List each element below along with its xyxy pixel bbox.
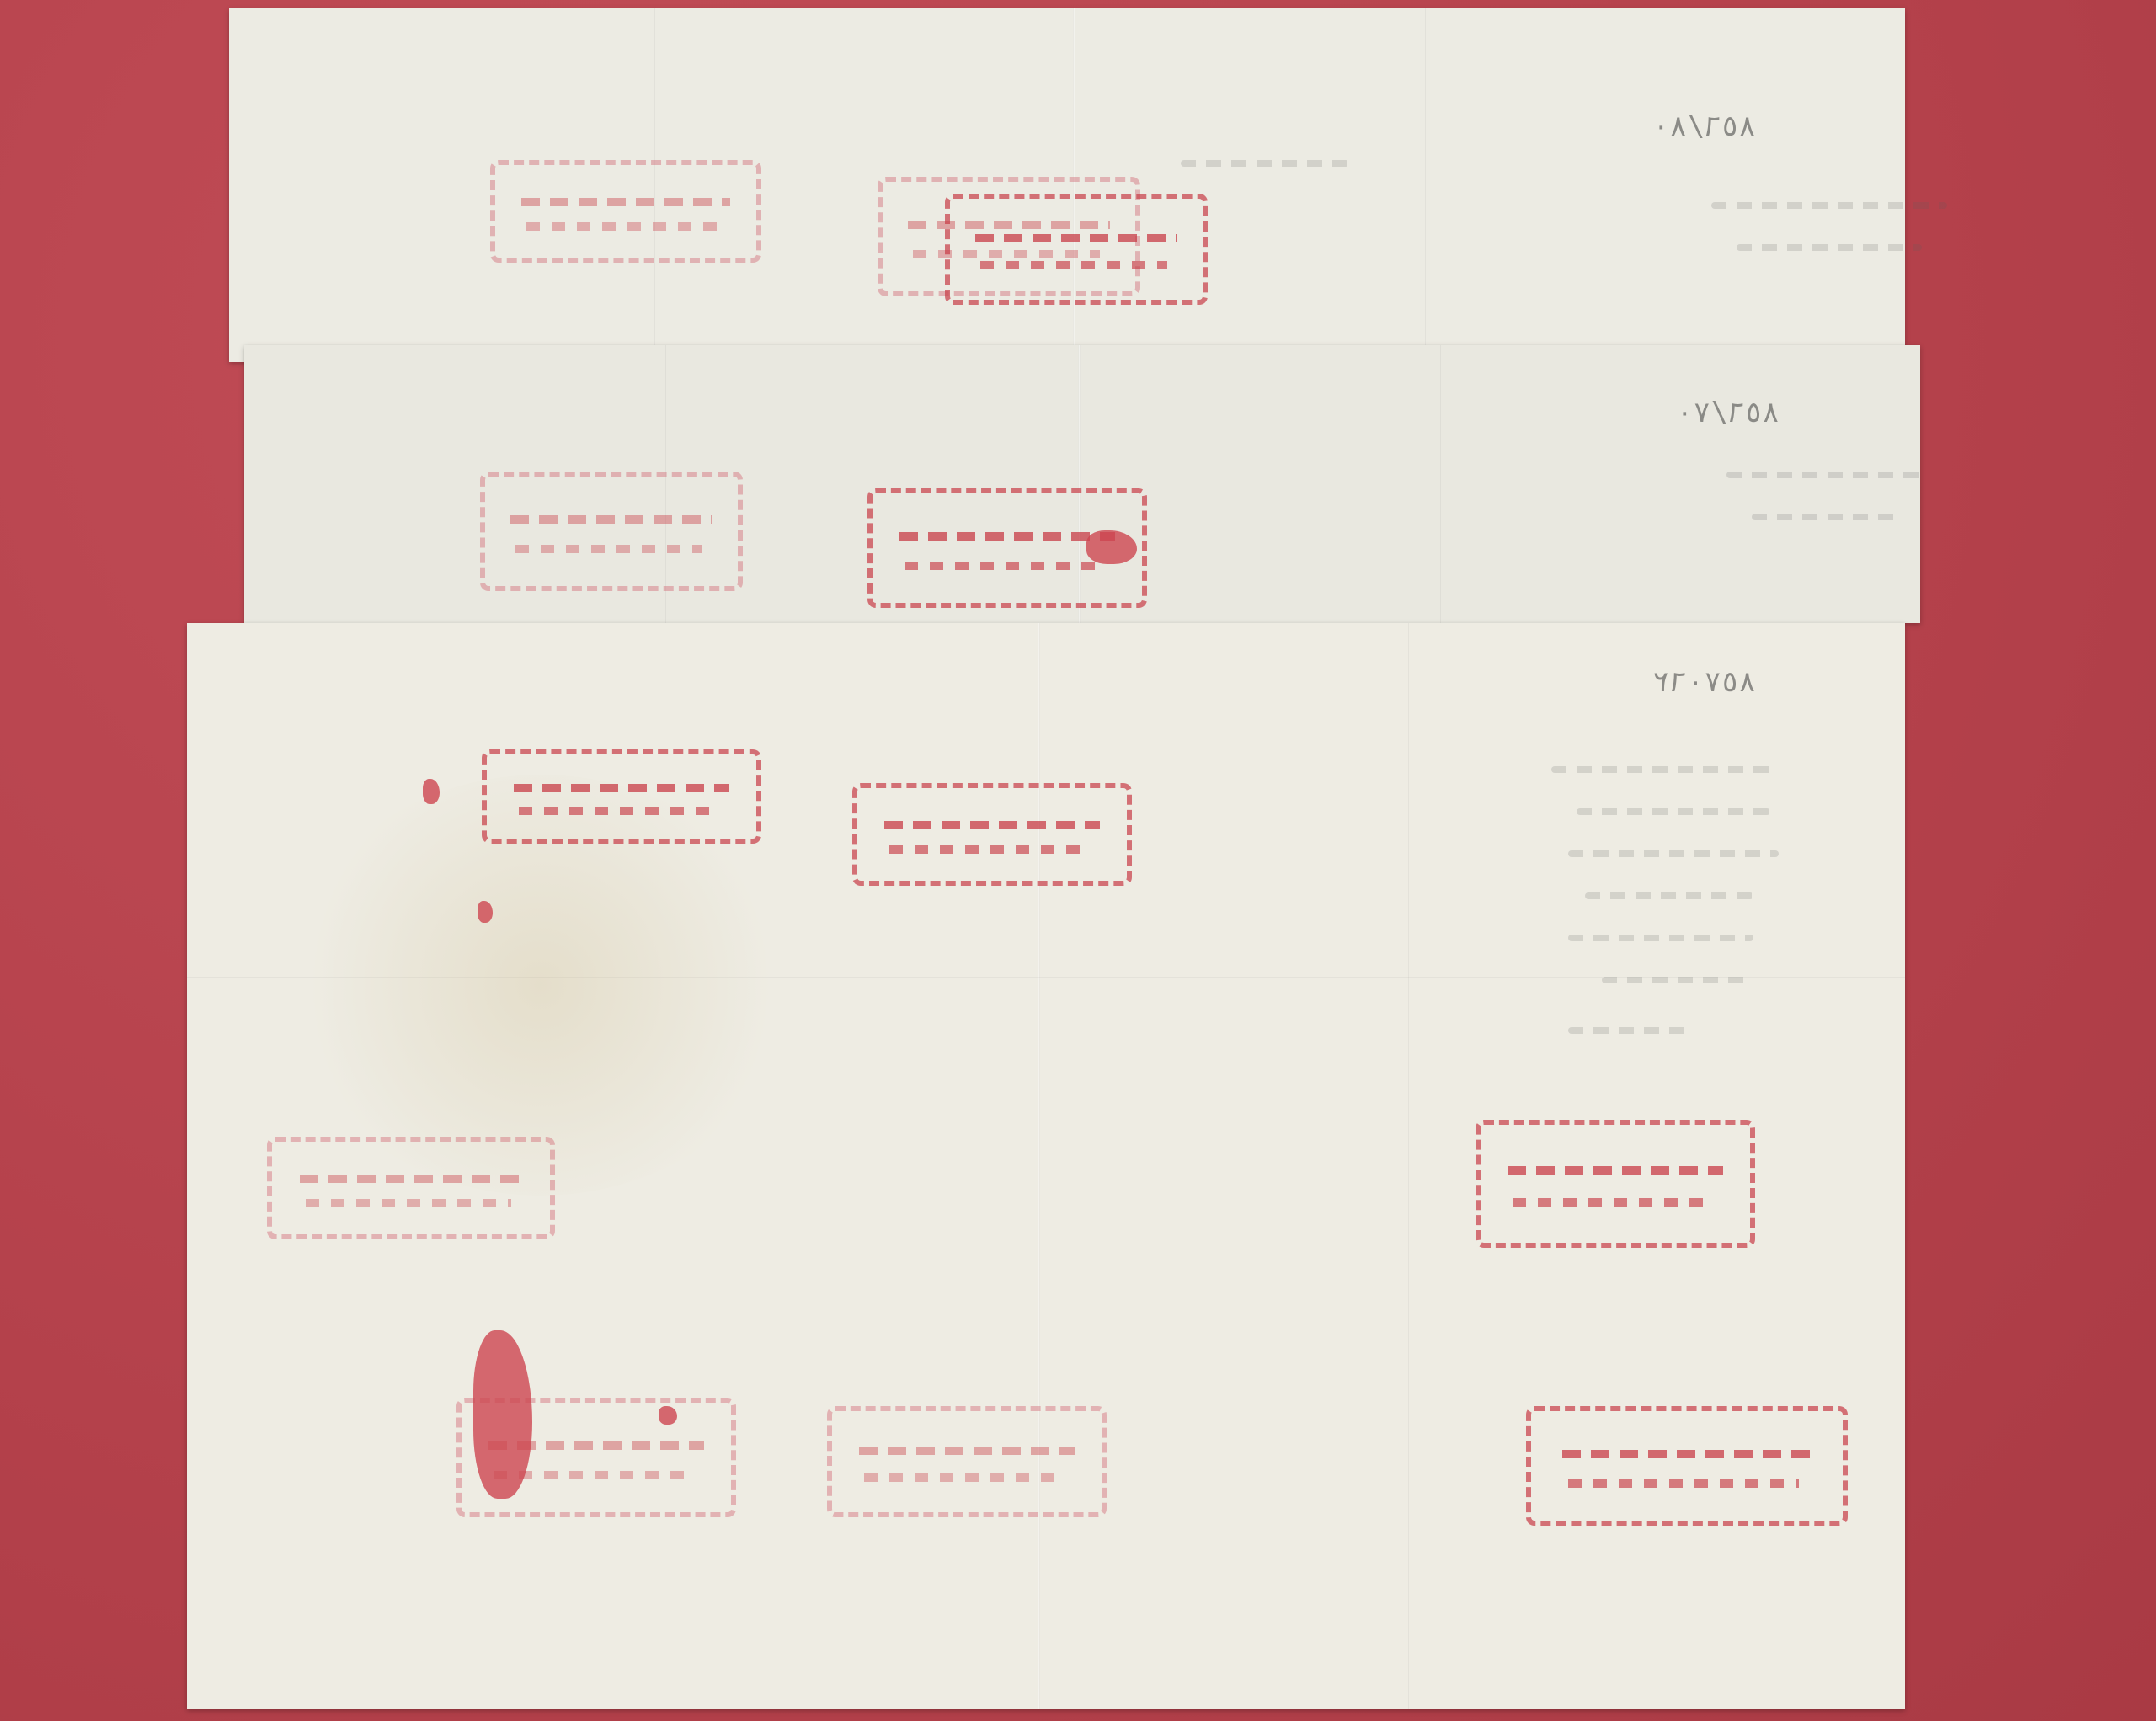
stamp [827,1406,1107,1517]
handwriting [1568,935,1753,941]
ink-blot [659,1406,677,1425]
grid-line [187,1297,1905,1297]
stamp [482,749,761,844]
handwriting [1181,160,1349,167]
document-bottom: ٨٥٧٠٦٢ [187,623,1905,1709]
handwriting [1568,850,1779,857]
handwriting [1568,1027,1694,1034]
ink-blot [478,901,493,923]
handwriting [1752,514,1903,520]
handwriting [1726,472,1929,478]
stamp [267,1137,555,1239]
stamp [1526,1406,1848,1526]
document-top: ٨٥٦/٨٠ [229,8,1905,362]
document-number: ٨٥٦/٨٠ [1652,109,1756,143]
grid-line [1440,345,1441,623]
grid-line [1408,623,1409,1709]
ink-blot [423,779,440,804]
stamp [852,783,1132,886]
handwriting [1711,202,1947,209]
handwriting [1602,977,1753,983]
stamp [1476,1120,1755,1248]
grid-line [1425,8,1426,362]
stamp [490,160,761,263]
handwriting [1737,244,1922,251]
handwriting [1585,892,1753,899]
document-number: ٨٥٦/٧٠ [1676,396,1780,429]
handwriting [1551,766,1779,773]
stamp [945,194,1208,305]
document-number: ٨٥٧٠٦٢ [1652,665,1756,699]
ink-blot [473,1330,532,1499]
handwriting [1577,808,1770,815]
stamp [480,472,743,591]
ink-blot [1086,530,1137,564]
document-middle: ٨٥٦/٧٠ [244,345,1920,623]
